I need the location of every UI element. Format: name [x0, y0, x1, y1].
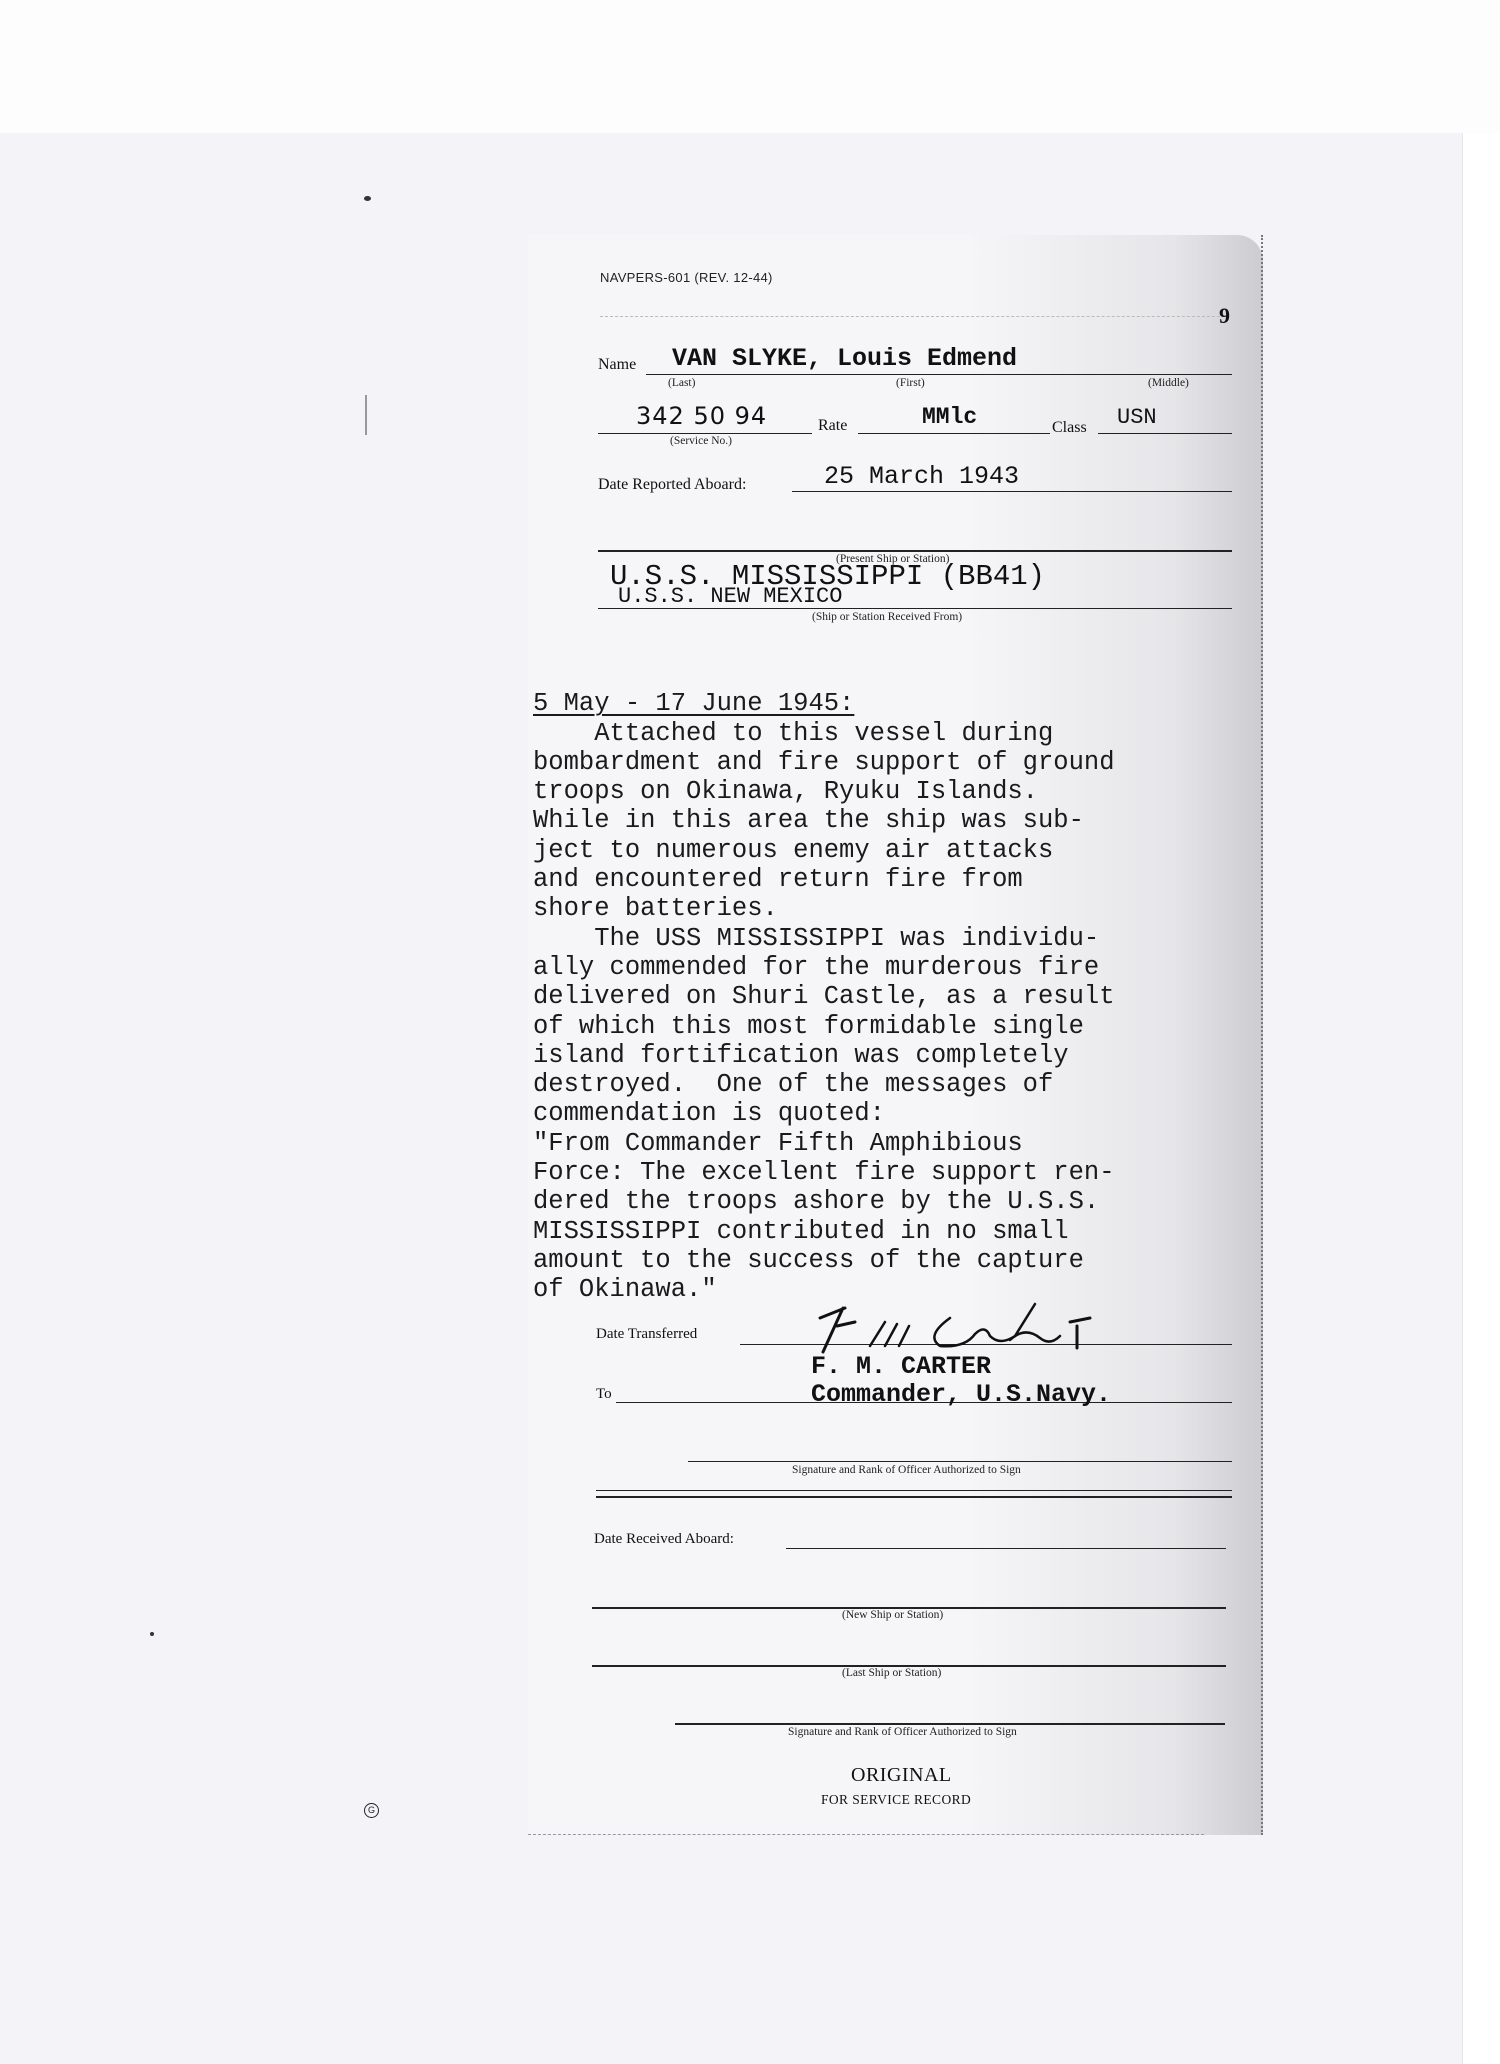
rate-label: Rate	[818, 417, 847, 435]
name-last-sublabel: (Last)	[668, 377, 695, 389]
signer-name: F. M. CARTER	[811, 1352, 991, 1381]
narrative-line: and encountered return fire from	[533, 865, 1233, 894]
name-label: Name	[598, 356, 636, 374]
narrative-line: delivered on Shuri Castle, as a result	[533, 982, 1233, 1011]
service-number-sublabel: (Service No.)	[670, 435, 732, 447]
name-first-sublabel: (First)	[896, 377, 925, 389]
date-reported-value: 25 March 1943	[824, 462, 1019, 491]
scanner-top-margin	[0, 0, 1500, 133]
date-received-label: Date Received Aboard:	[594, 1531, 734, 1548]
narrative-line: dered the troops ashore by the U.S.S.	[533, 1187, 1233, 1216]
narrative-line: MISSISSIPPI contributed in no small	[533, 1217, 1233, 1246]
narrative-line: amount to the success of the capture	[533, 1246, 1233, 1275]
rate-line	[858, 433, 1050, 434]
narrative-line: Force: The excellent fire support ren-	[533, 1158, 1233, 1187]
scan-speck	[365, 395, 367, 435]
name-line	[646, 374, 1232, 375]
rate-value: MMlc	[922, 404, 977, 430]
receipt-signature-line	[675, 1723, 1225, 1725]
service-narrative: 5 May - 17 June 1945: Attached to this v…	[533, 660, 1233, 1334]
class-value: USN	[1117, 405, 1157, 430]
class-label: Class	[1052, 419, 1087, 437]
receipt-signature-sublabel: Signature and Rank of Officer Authorized…	[788, 1726, 1017, 1738]
card-bottom-edge	[528, 1833, 1204, 1835]
scan-speck	[364, 196, 371, 201]
printer-mark-icon: G	[364, 1803, 379, 1818]
footer-service-record-subtitle: FOR SERVICE RECORD	[821, 1792, 971, 1808]
narrative-line: ject to numerous enemy air attacks	[533, 836, 1233, 865]
narrative-line: "From Commander Fifth Amphibious	[533, 1129, 1233, 1158]
last-ship-sublabel: (Last Ship or Station)	[842, 1667, 941, 1679]
form-number: NAVPERS-601 (REV. 12-44)	[600, 270, 773, 285]
date-received-line	[786, 1548, 1226, 1549]
header-dotted-line	[600, 316, 1225, 317]
footer-original-title: ORIGINAL	[851, 1764, 952, 1787]
narrative-line: Attached to this vessel during	[533, 719, 1233, 748]
signer-rank: Commander, U.S.Navy.	[811, 1380, 1111, 1409]
narrative-line: shore batteries.	[533, 894, 1233, 923]
date-reported-label: Date Reported Aboard:	[598, 476, 746, 494]
name-middle-sublabel: (Middle)	[1148, 377, 1189, 389]
received-from-value: U.S.S. NEW MEXICO	[618, 584, 842, 609]
service-number-line	[598, 433, 812, 434]
section-divider-bottom	[596, 1496, 1232, 1498]
scanner-right-margin	[1462, 133, 1500, 2064]
to-label: To	[596, 1386, 612, 1403]
name-value: VAN SLYKE, Louis Edmend	[672, 344, 1017, 373]
narrative-line: While in this area the ship was sub-	[533, 806, 1233, 835]
received-from-line	[598, 608, 1232, 609]
service-number-value: 342 50 94	[636, 402, 767, 430]
narrative-line: ally commended for the murderous fire	[533, 953, 1233, 982]
scan-speck	[150, 1632, 154, 1636]
section-divider-top	[596, 1490, 1232, 1491]
narrative-line: commendation is quoted:	[533, 1099, 1233, 1128]
narrative-line: bombardment and fire support of ground	[533, 748, 1233, 777]
handwritten-signature	[815, 1296, 1125, 1356]
card-right-edge	[1257, 235, 1263, 1835]
transfer-signature-sublabel: Signature and Rank of Officer Authorized…	[792, 1464, 1021, 1476]
new-ship-sublabel: (New Ship or Station)	[842, 1609, 943, 1621]
narrative-line: troops on Okinawa, Ryuku Islands.	[533, 777, 1233, 806]
date-reported-line	[792, 491, 1232, 492]
date-transferred-label: Date Transferred	[596, 1326, 697, 1343]
narrative-line: island fortification was completely	[533, 1041, 1233, 1070]
narrative-line: The USS MISSISSIPPI was individu-	[533, 924, 1233, 953]
narrative-heading: 5 May - 17 June 1945:	[533, 689, 1233, 718]
narrative-line: destroyed. One of the messages of	[533, 1070, 1233, 1099]
transfer-signature-line	[688, 1461, 1232, 1462]
present-ship-top-line	[598, 550, 1232, 552]
received-from-sublabel: (Ship or Station Received From)	[812, 611, 962, 623]
class-line	[1098, 433, 1232, 434]
page-number: 9	[1219, 303, 1230, 329]
narrative-line: of which this most formidable single	[533, 1012, 1233, 1041]
